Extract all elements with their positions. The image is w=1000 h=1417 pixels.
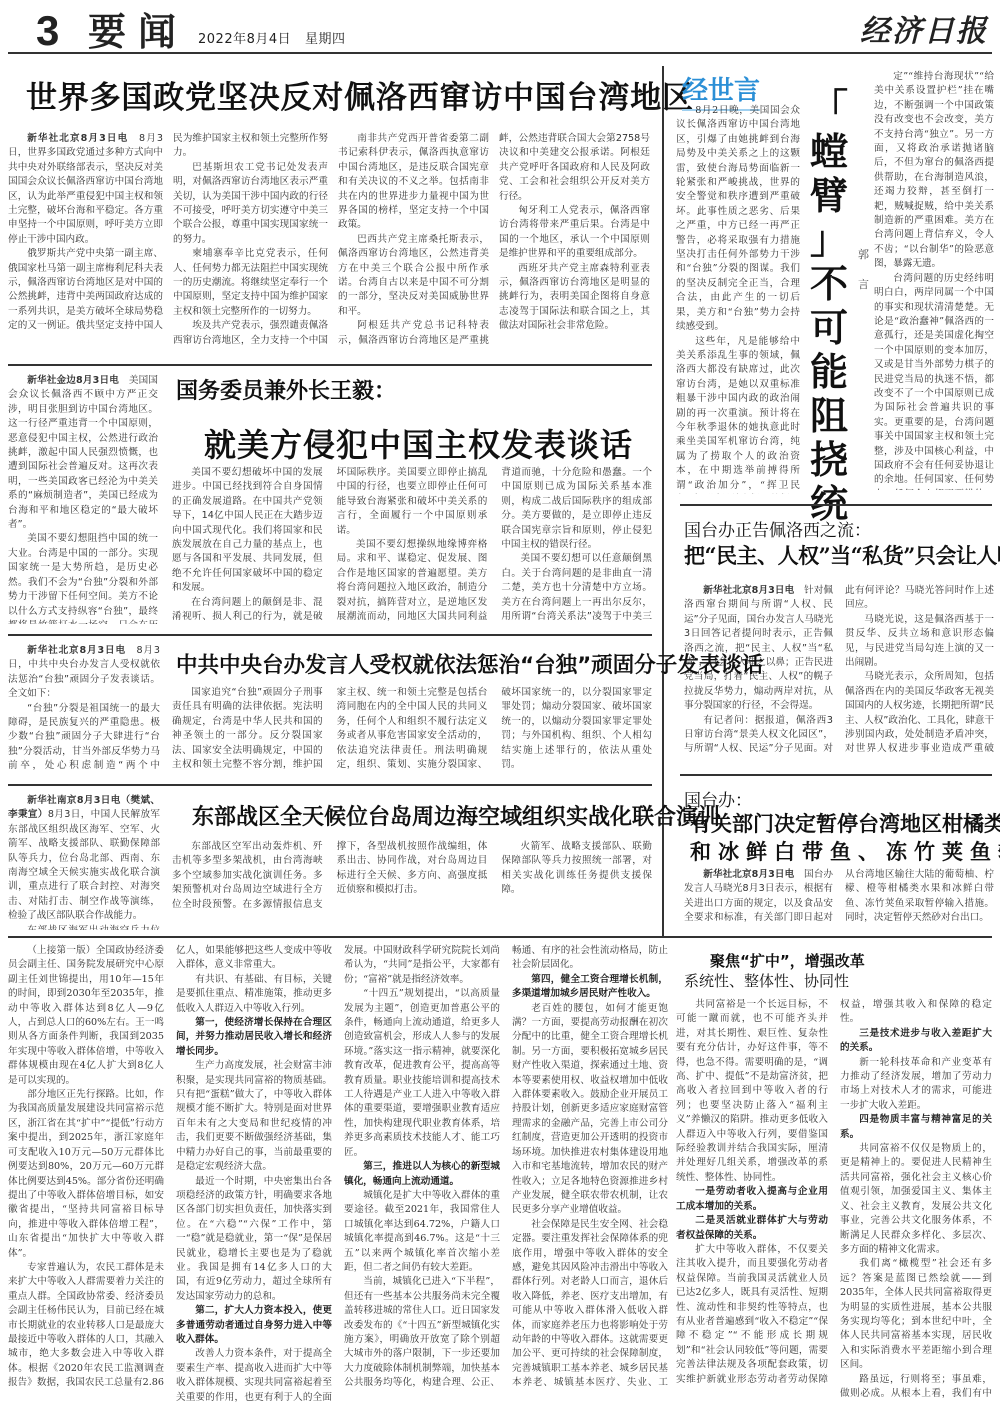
feature-body-b: 共同富裕是一个长远目标，不可能一蹴而就，也不可能齐头并进，对其长期性、艰巨性、复… (676, 998, 992, 1414)
lead-story-body-b: 南非共产党西开普省委第二副书记索科伊表示，佩洛西执意窜访中国台湾地区，是违反联合… (338, 132, 650, 354)
commentary-title: 「 螳 臂 」 不 可 能 阻 挠 统 (808, 86, 850, 526)
commentary-body-a: 8月2日晚，美国国会众议长佩洛西窜访中国台湾地区，引爆了由她挑衅到台海局势及中美… (676, 104, 800, 494)
box-headline-line1: 聚焦“扩中”，增强改革 (710, 950, 865, 971)
section-rule (680, 774, 992, 776)
wangyi-body-a: 新华社金边8月3日电 美国国会众议长佩洛西不顾中方严正交涉，明目张胆到访中国台湾… (8, 374, 158, 624)
drill-headline: 东部战区全天候位台岛周边海空域组织实战化联合演训 (192, 800, 720, 831)
tao1-headline: 把“民主、人权”当“私货”只会让人嗤之以鼻 (684, 540, 1000, 570)
taidu-body-a: 新华社北京8月3日电 8月3日，中共中央台办发言人受权就依法惩治“台独”顽固分子… (8, 644, 160, 774)
masthead-rule (8, 52, 992, 54)
taidu-headline: 中共中央台办发言人受权就依法惩治“台独”顽固分子发表谈话 (176, 648, 763, 679)
weekday-text: 星期四 (305, 32, 346, 47)
section-rule (8, 936, 992, 938)
drill-body-a: 新华社南京8月3日电（樊斌、李秉宣）8月3日，中国人民解放军东部战区组织战区海军… (8, 794, 160, 930)
feature-body-a: （上接第一版）全国政协经济委员会副主任、国务院发展研究中心原副主任刘世锦提出，用… (8, 944, 668, 1414)
tao1-kicker: 国台办正告佩洛西之流： (684, 516, 871, 541)
wangyi-headline: 就美方侵犯中国主权发表谈话 (204, 420, 633, 466)
drill-body-b: 东部战区空军出动轰炸机、歼击机等多型多架战机，由台湾海峡多个空域参加实战化演训任… (172, 840, 652, 930)
section-rule (8, 634, 652, 636)
tao2-headline-line2: 和冰鲜白带鱼、冻竹荚鱼输入 (690, 836, 1000, 866)
section-title: 要闻 (88, 10, 188, 54)
newspaper-logo: 经济日报 (860, 14, 988, 50)
issue-date: 2022年8月4日 星期四 (198, 32, 346, 48)
section-rule (8, 364, 652, 366)
tao2-body: 新华社北京8月3日电 国台办发言人马晓光8月3日表示，根据有关进出口方面的规定，… (684, 868, 994, 930)
commentary-author: 郭言 (858, 240, 872, 300)
section-rule (680, 504, 992, 506)
wangyi-body-b: 美国不要幻想破坏中国的发展进步。中国已经找到符合自身国情的正确发展道路。在中国共… (172, 466, 652, 626)
wangyi-kicker: 国务委员兼外长王毅： (176, 374, 396, 405)
date-text: 2022年8月4日 (198, 32, 291, 47)
commentary-body-b: 定”“维持台海现状”“给美中关系设置护栏”挂在嘴边，不断强调一个中国政策没有改变… (874, 70, 994, 490)
lead-story-body-a: 新华社北京8月3日电 8月3日，世界多国政党通过多种方式向中共中央对外联络部表示… (8, 132, 328, 354)
page-number: 3 (36, 8, 59, 54)
box-headline-line2: 系统性、整体性、协同性 (684, 970, 849, 991)
tao2-headline-line1: 有关部门决定暂停台湾地区柑橘类水果 (690, 808, 1000, 838)
lead-headline: 世界多国政党坚决反对佩洛西窜访中国台湾地区 (26, 72, 694, 117)
dateline: 新华社北京8月3日电 (27, 133, 128, 144)
section-rule (8, 784, 652, 786)
taidu-body-b: 国家追究“台独”顽固分子刑事责任具有明确的法律依据。宪法明确规定，台湾是中华人民… (172, 686, 652, 774)
